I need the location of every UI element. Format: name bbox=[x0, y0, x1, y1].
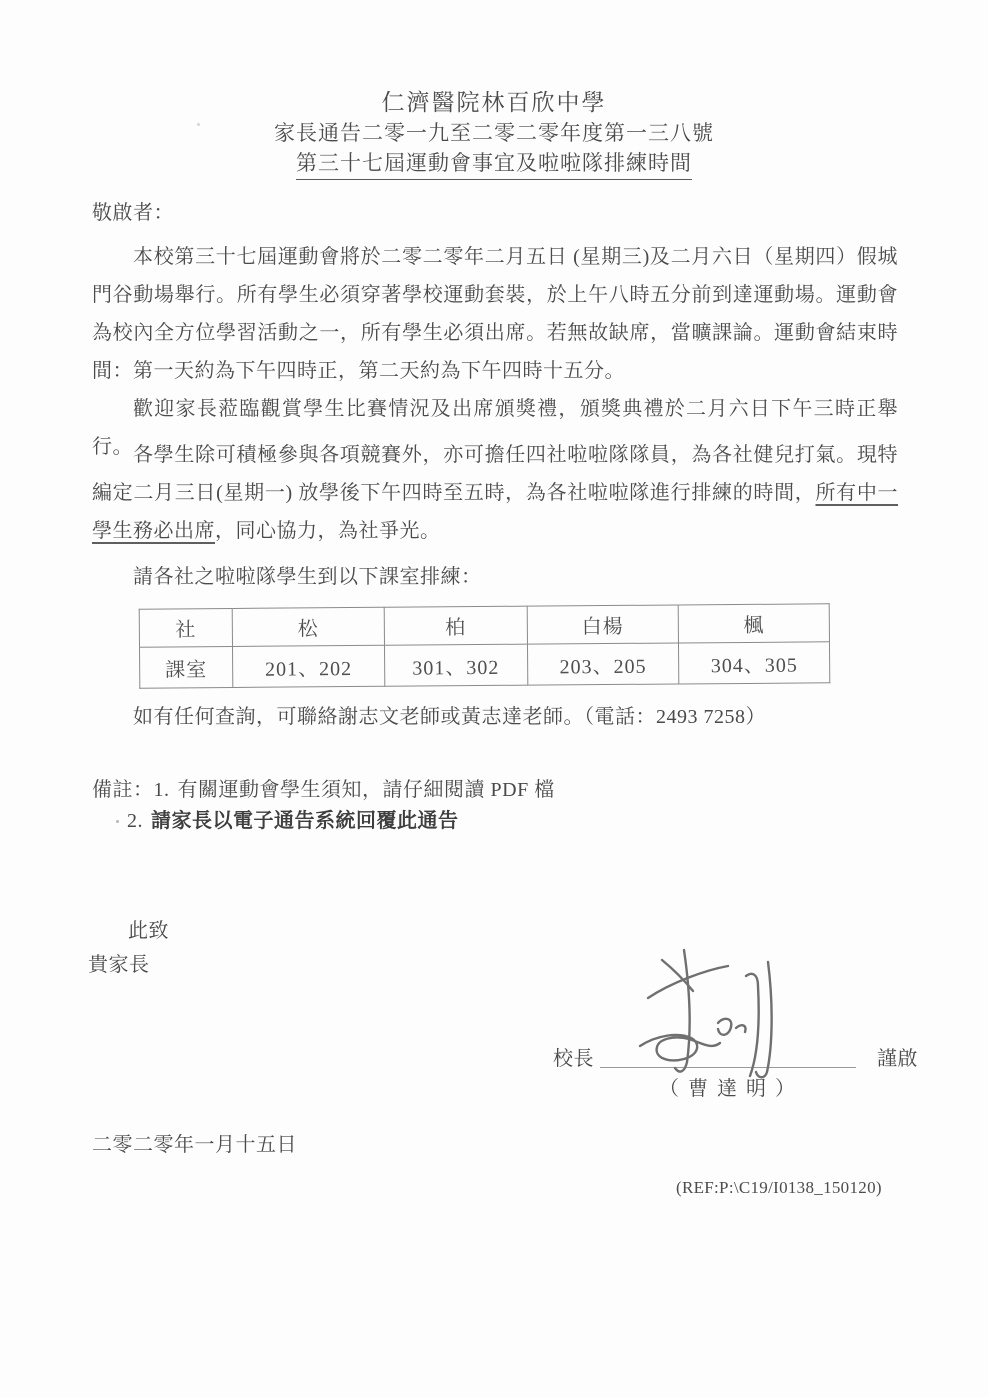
remark-line-1: 備註：1.有關運動會學生須知，請仔細閱讀 PDF 檔 bbox=[92, 775, 555, 806]
paragraph-cheerleading: 各學生除可積極參與各項競賽外，亦可擔任四社啦啦隊隊員，為各社健兒打氣。現特編定二… bbox=[92, 436, 898, 550]
closing-cizhi: 此致 bbox=[128, 912, 169, 950]
cheerleading-text-after: ，同心協力，為社爭光。 bbox=[215, 520, 441, 542]
table-cell-rooms-pine: 201、202 bbox=[233, 645, 385, 687]
enquiry-line: 如有任何查詢，可聯絡謝志文老師或黃志達老師。（電話：2493 7258） bbox=[92, 698, 898, 736]
table-cell-house-poplar: 白楊 bbox=[527, 605, 679, 644]
closing-recipient: 貴家長 bbox=[88, 946, 150, 984]
table-cell-house-cypress: 柏 bbox=[384, 606, 527, 645]
notice-number-line: 家長通告二零一九至二零二零年度第一三八號 bbox=[0, 117, 988, 147]
table-cell-house-maple: 楓 bbox=[678, 604, 829, 643]
cheerleading-classroom-table: 社 松 柏 白楊 楓 課室 201、202 301、302 203、205 30… bbox=[139, 603, 831, 688]
principal-name: （ 曹 達 明 ） bbox=[600, 1070, 856, 1108]
cheerleading-text-before: 各學生除可積極參與各項競賽外，亦可擔任四社啦啦隊隊員，為各社健兒打氣。現特編定二… bbox=[92, 444, 898, 504]
table-header-row: 社 松 柏 白楊 楓 bbox=[139, 604, 829, 647]
table-value-row: 課室 201、202 301、302 203、205 304、305 bbox=[139, 642, 829, 688]
table-cell-house-label: 社 bbox=[139, 608, 232, 647]
table-cell-classroom-label: 課室 bbox=[139, 646, 232, 688]
table-cell-rooms-poplar: 203、205 bbox=[527, 643, 679, 685]
notice-subject: 第三十七屆運動會事宜及啦啦隊排練時間 bbox=[296, 147, 692, 180]
remark-1-text: 有關運動會學生須知，請仔細閱讀 PDF 檔 bbox=[178, 779, 555, 801]
table-cell-house-pine: 松 bbox=[232, 607, 384, 646]
remarks-label: 備註： bbox=[92, 779, 154, 801]
salutation: 敬啟者： bbox=[92, 194, 174, 232]
remarks-block: 備註：1.有關運動會學生須知，請仔細閱讀 PDF 檔 2.請家長以電子通告系統回… bbox=[92, 775, 555, 837]
remark-1-number: 1. bbox=[154, 779, 178, 801]
table-cell-rooms-cypress: 301、302 bbox=[384, 644, 527, 686]
paragraph-event-details: 本校第三十七屆運動會將於二零二零年二月五日 (星期三)及二月六日（星期四）假城門… bbox=[92, 238, 898, 390]
remark-line-2: 2.請家長以電子通告系統回覆此通告 bbox=[92, 806, 555, 837]
school-name: 仁濟醫院林百欣中學 bbox=[0, 84, 988, 117]
scan-dot-artifact bbox=[116, 820, 119, 823]
remark-2-text: 請家長以電子通告系統回覆此通告 bbox=[151, 810, 459, 832]
remark-2-number: 2. bbox=[127, 810, 151, 832]
notice-date: 二零二零年一月十五日 bbox=[92, 1126, 297, 1164]
principal-label: 校長 bbox=[553, 1040, 594, 1078]
scanned-school-notice: 仁濟醫院林百欣中學 家長通告二零一九至二零二零年度第一三八號 第三十七屆運動會事… bbox=[0, 0, 988, 1398]
notice-subject-line: 第三十七屆運動會事宜及啦啦隊排練時間 bbox=[0, 147, 988, 180]
file-reference: (REF:P:\C19/I0138_150120) bbox=[676, 1178, 882, 1198]
table-intro: 請各社之啦啦隊學生到以下課室排練： bbox=[92, 558, 898, 596]
table-cell-rooms-maple: 304、305 bbox=[679, 642, 830, 684]
respectfully-label: 謹啟 bbox=[877, 1040, 918, 1078]
